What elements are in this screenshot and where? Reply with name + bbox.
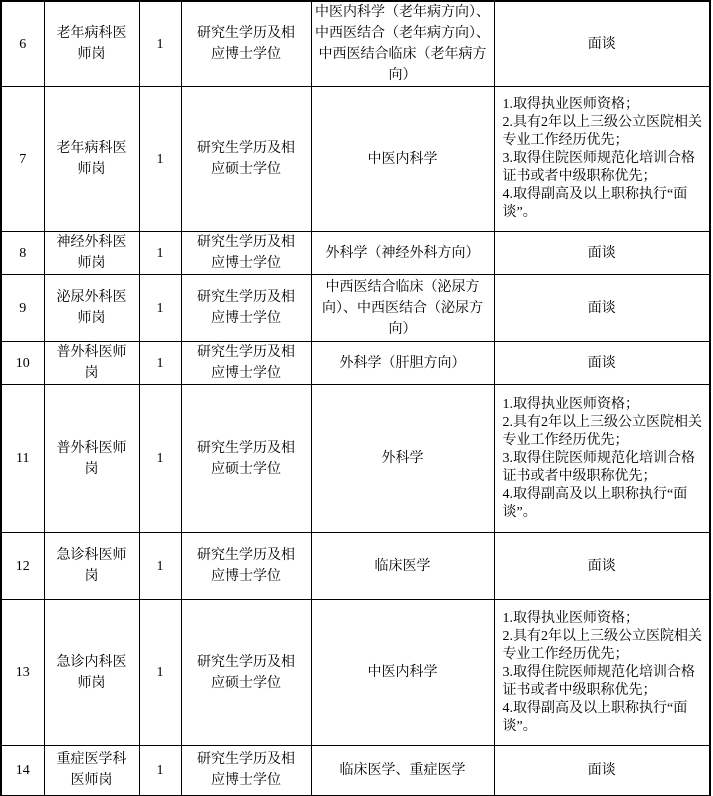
cell-position: 神经外科医师岗 (44, 232, 139, 275)
cell-education: 研究生学历及相应博士学位 (181, 1, 311, 87)
cell-position: 普外科医师岗 (44, 385, 139, 533)
table-body: 6 老年病科医师岗 1 研究生学历及相应博士学位 中医内科学（老年病方向）、中西… (1, 1, 710, 796)
cell-count: 1 (139, 533, 181, 600)
table-row: 8 神经外科医师岗 1 研究生学历及相应博士学位 外科学（神经外科方向） 面谈 (1, 232, 710, 275)
cell-count: 1 (139, 87, 181, 232)
cell-remark: 面谈 (494, 746, 710, 796)
cell-remark: 1.取得执业医师资格； 2.具有2年以上三级公立医院相关专业工作经历优先； 3.… (494, 600, 710, 746)
cell-major: 中西医结合临床（泌尿方向）、中西医结合（泌尿方向） (311, 275, 494, 342)
cell-seq: 14 (1, 746, 44, 796)
recruitment-positions-table: 6 老年病科医师岗 1 研究生学历及相应博士学位 中医内科学（老年病方向）、中西… (0, 0, 711, 796)
cell-seq: 11 (1, 385, 44, 533)
cell-education: 研究生学历及相应硕士学位 (181, 600, 311, 746)
cell-seq: 8 (1, 232, 44, 275)
cell-position: 老年病科医师岗 (44, 87, 139, 232)
cell-major: 中医内科学 (311, 87, 494, 232)
cell-education: 研究生学历及相应硕士学位 (181, 87, 311, 232)
table-row: 6 老年病科医师岗 1 研究生学历及相应博士学位 中医内科学（老年病方向）、中西… (1, 1, 710, 87)
cell-seq: 10 (1, 342, 44, 385)
cell-count: 1 (139, 275, 181, 342)
cell-major: 临床医学、重症医学 (311, 746, 494, 796)
cell-education: 研究生学历及相应博士学位 (181, 533, 311, 600)
cell-education: 研究生学历及相应博士学位 (181, 746, 311, 796)
cell-remark: 面谈 (494, 533, 710, 600)
table-row: 9 泌尿外科医师岗 1 研究生学历及相应博士学位 中西医结合临床（泌尿方向）、中… (1, 275, 710, 342)
cell-position: 重症医学科医师岗 (44, 746, 139, 796)
cell-seq: 7 (1, 87, 44, 232)
table-row: 11 普外科医师岗 1 研究生学历及相应硕士学位 外科学 1.取得执业医师资格；… (1, 385, 710, 533)
cell-major: 外科学 (311, 385, 494, 533)
cell-seq: 6 (1, 1, 44, 87)
cell-education: 研究生学历及相应硕士学位 (181, 385, 311, 533)
cell-remark: 面谈 (494, 275, 710, 342)
cell-remark: 1.取得执业医师资格； 2.具有2年以上三级公立医院相关专业工作经历优先； 3.… (494, 385, 710, 533)
cell-remark: 1.取得执业医师资格； 2.具有2年以上三级公立医院相关专业工作经历优先； 3.… (494, 87, 710, 232)
table-row: 13 急诊内科医师岗 1 研究生学历及相应硕士学位 中医内科学 1.取得执业医师… (1, 600, 710, 746)
cell-count: 1 (139, 1, 181, 87)
cell-count: 1 (139, 342, 181, 385)
cell-seq: 9 (1, 275, 44, 342)
table-row: 12 急诊科医师岗 1 研究生学历及相应博士学位 临床医学 面谈 (1, 533, 710, 600)
cell-education: 研究生学历及相应博士学位 (181, 342, 311, 385)
cell-education: 研究生学历及相应博士学位 (181, 232, 311, 275)
cell-major: 外科学（肝胆方向） (311, 342, 494, 385)
cell-position: 急诊科医师岗 (44, 533, 139, 600)
cell-remark: 面谈 (494, 342, 710, 385)
cell-major: 临床医学 (311, 533, 494, 600)
cell-count: 1 (139, 385, 181, 533)
cell-major: 中医内科学（老年病方向）、中西医结合（老年病方向）、中西医结合临床（老年病方向） (311, 1, 494, 87)
cell-position: 老年病科医师岗 (44, 1, 139, 87)
table-row: 14 重症医学科医师岗 1 研究生学历及相应博士学位 临床医学、重症医学 面谈 (1, 746, 710, 796)
cell-remark: 面谈 (494, 1, 710, 87)
cell-major: 外科学（神经外科方向） (311, 232, 494, 275)
cell-remark: 面谈 (494, 232, 710, 275)
cell-seq: 13 (1, 600, 44, 746)
cell-position: 急诊内科医师岗 (44, 600, 139, 746)
table-row: 10 普外科医师岗 1 研究生学历及相应博士学位 外科学（肝胆方向） 面谈 (1, 342, 710, 385)
table-row: 7 老年病科医师岗 1 研究生学历及相应硕士学位 中医内科学 1.取得执业医师资… (1, 87, 710, 232)
cell-major: 中医内科学 (311, 600, 494, 746)
cell-position: 泌尿外科医师岗 (44, 275, 139, 342)
cell-seq: 12 (1, 533, 44, 600)
cell-position: 普外科医师岗 (44, 342, 139, 385)
cell-education: 研究生学历及相应博士学位 (181, 275, 311, 342)
cell-count: 1 (139, 746, 181, 796)
cell-count: 1 (139, 600, 181, 746)
cell-count: 1 (139, 232, 181, 275)
